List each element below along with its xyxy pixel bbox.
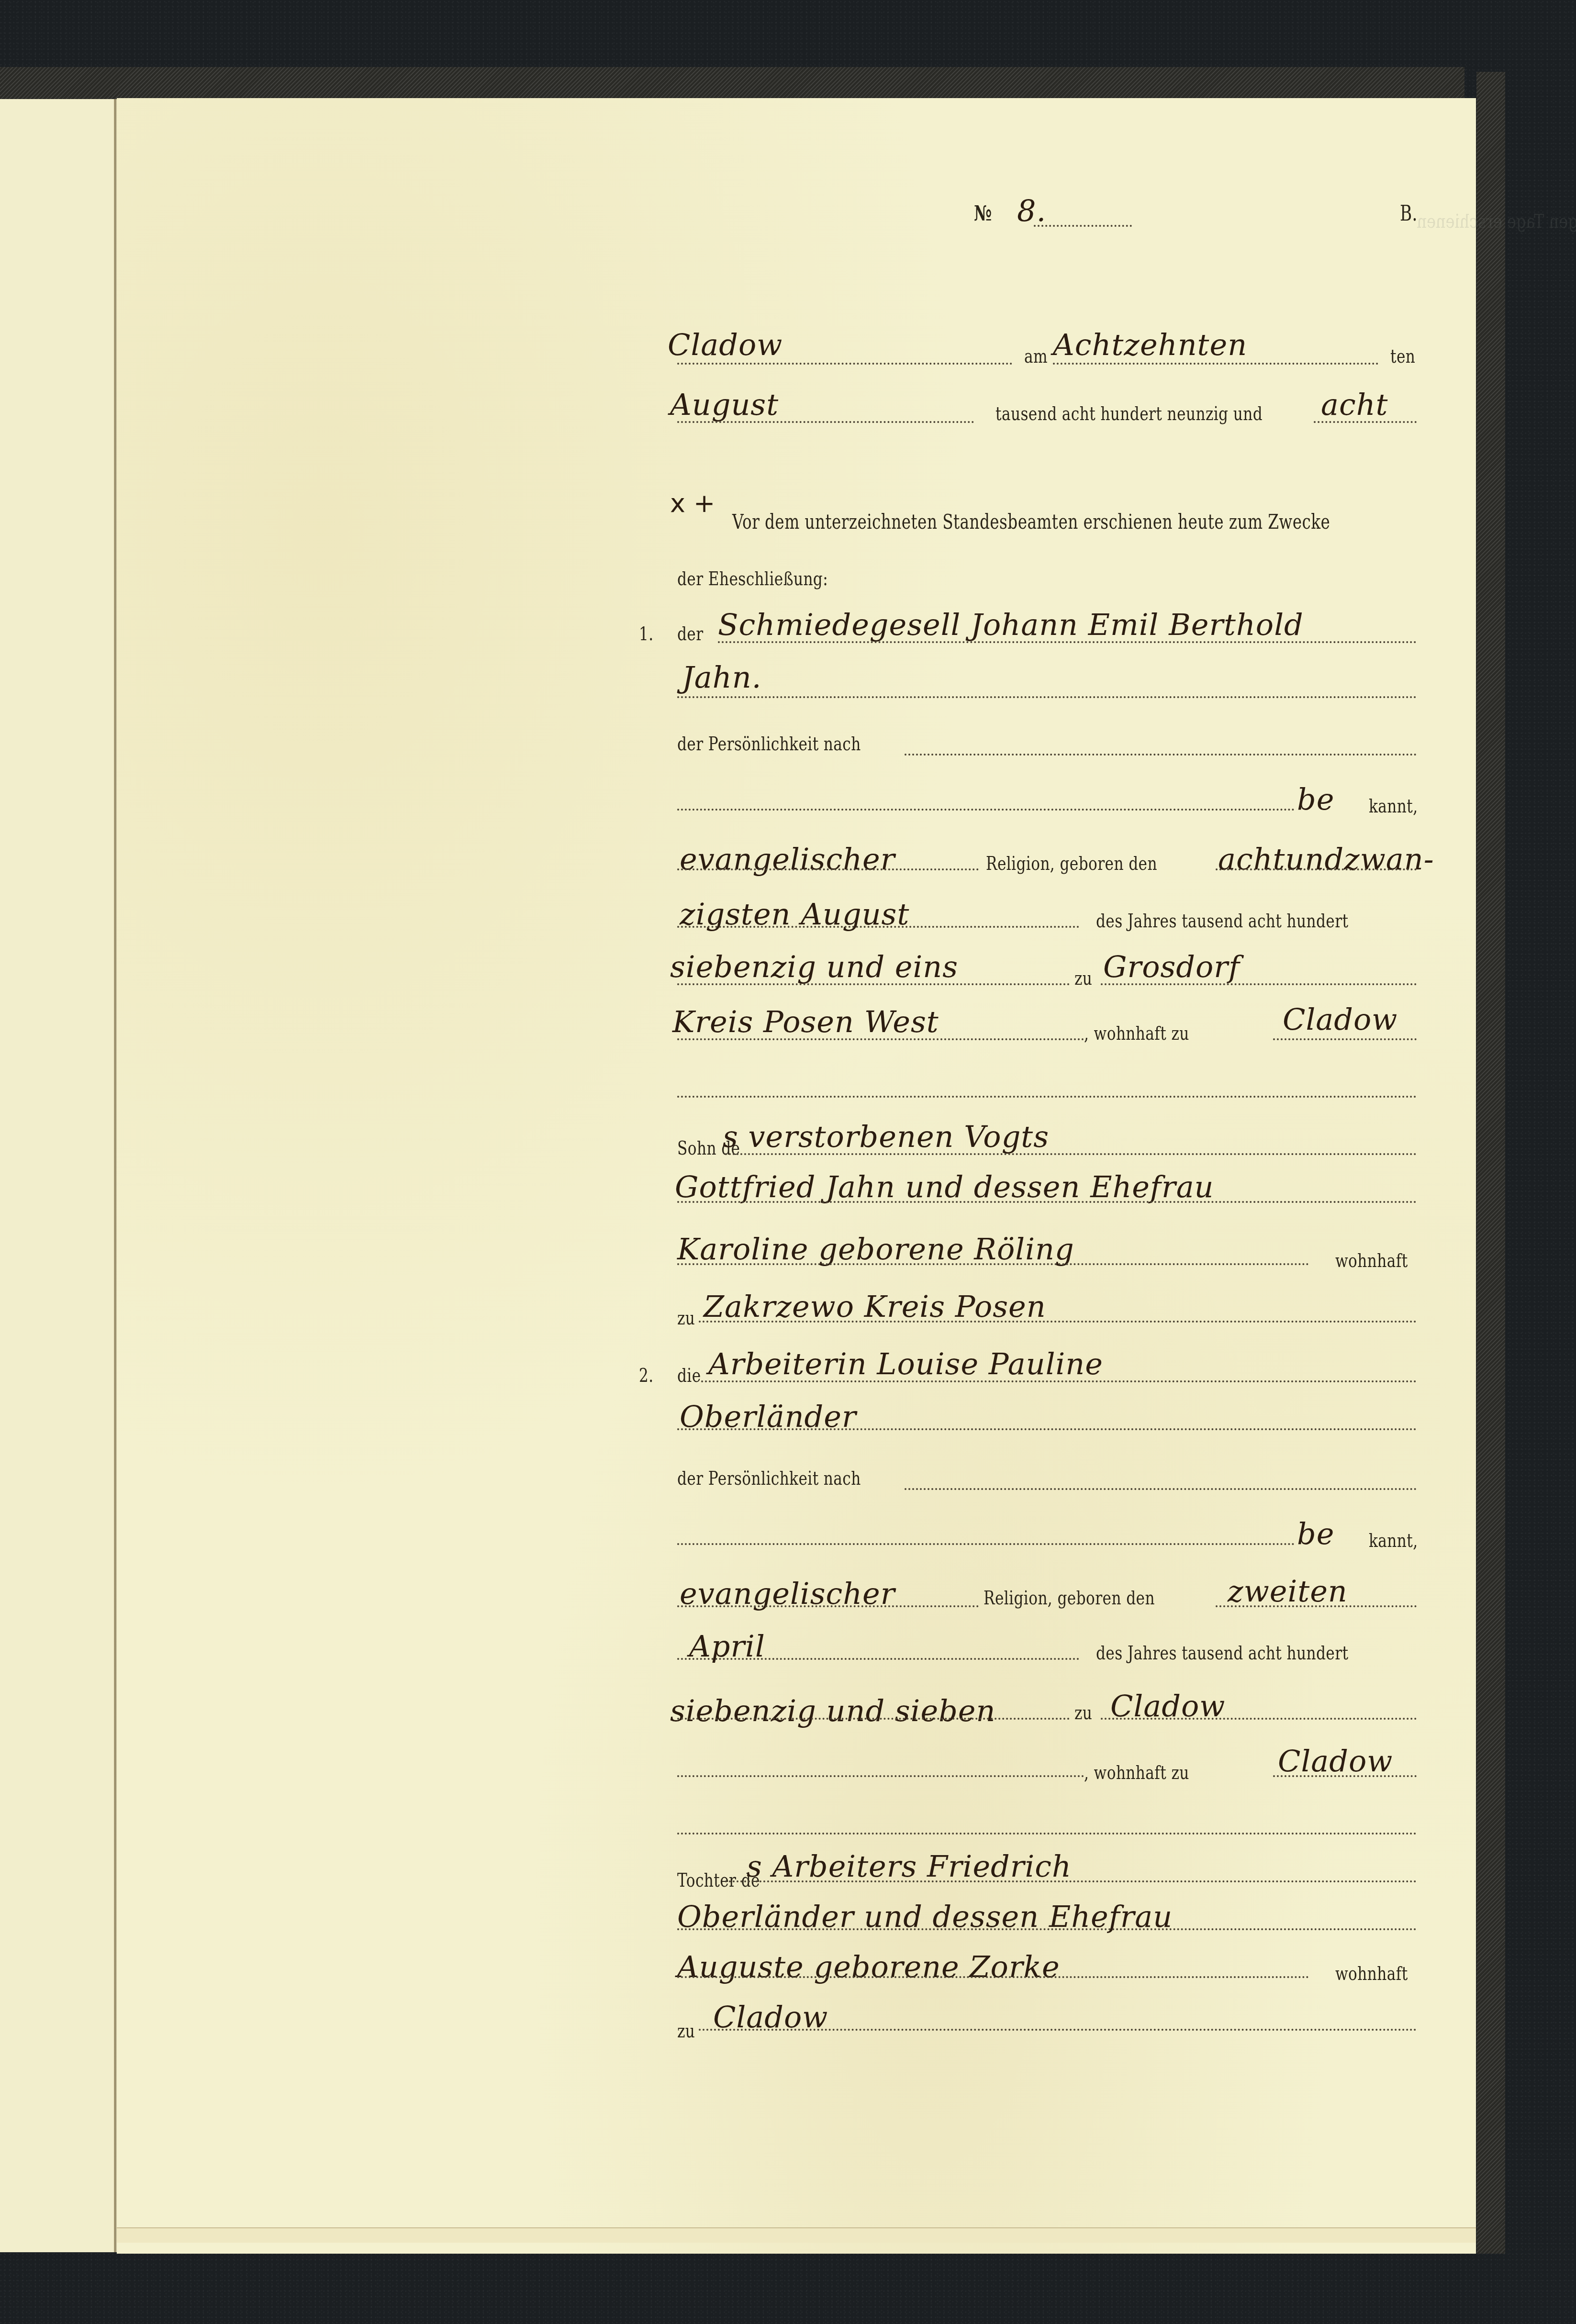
dotted-line [677, 363, 1012, 365]
dotted-line [725, 1153, 1417, 1155]
dotted-line [699, 2029, 1417, 2031]
party2-zu-label: zu [1074, 1703, 1092, 1723]
dotted-line [905, 1488, 1417, 1490]
dotted-line [677, 1605, 979, 1607]
party2-residence-hand: Cladow [1278, 1746, 1393, 1776]
party1-number: 1. [639, 624, 654, 644]
party2-parents-zu-label: zu [677, 2022, 695, 2041]
dotted-line [1273, 1775, 1417, 1777]
intro-line-2: der Eheschließung: [677, 569, 828, 589]
dotted-line [1101, 983, 1417, 985]
party2-parents-resident-label: wohnhaft [1335, 1964, 1408, 1983]
dotted-line [1314, 421, 1417, 423]
dotted-line [677, 1833, 1417, 1835]
year-hand: acht [1321, 390, 1388, 420]
cover-edge-top [0, 67, 1464, 100]
cover-edge-right [1476, 72, 1505, 2254]
party1-known-hand: be [1297, 785, 1334, 814]
party2-article: die [677, 1366, 701, 1385]
dotted-line [718, 641, 1417, 643]
page-bottom-edge [117, 2227, 1476, 2243]
dotted-line [677, 983, 1070, 985]
party1-residence-hand: Cladow [1283, 1005, 1397, 1034]
register-number: 8. [1017, 196, 1046, 226]
section-letter: B. [1400, 203, 1418, 224]
ten-label: ten [1390, 347, 1415, 366]
dotted-line [1101, 1718, 1417, 1720]
party1-parents-zu-label: zu [677, 1309, 695, 1328]
dotted-line [905, 754, 1417, 756]
party1-birth-year-hand: siebenzig und eins [670, 952, 958, 982]
dotted-line [677, 1201, 1417, 1203]
dotted-line [677, 1976, 1309, 1978]
am-label: am [1024, 347, 1048, 366]
dotted-line [1053, 363, 1378, 365]
party1-surname: Jahn. [682, 663, 761, 692]
dotted-line [725, 1880, 1417, 1882]
dotted-line [677, 1096, 1417, 1098]
dotted-line [677, 1263, 1309, 1265]
party2-religion-label: Religion, geboren den [984, 1589, 1155, 1608]
dotted-line [677, 421, 974, 423]
dotted-line [677, 1658, 1079, 1660]
party1-parents-line-1: s verstorbenen Vogts [723, 1122, 1049, 1152]
party2-known-hand: be [1297, 1519, 1334, 1549]
party1-parents-line-2: Gottfried Jahn und dessen Ehefrau [675, 1172, 1214, 1202]
dotted-line [677, 1038, 1084, 1040]
party1-occupation-name: Schmiedegesell Johann Emil Berthold [718, 610, 1304, 640]
dotted-line [1216, 1605, 1417, 1607]
party2-year-label: des Jahres tausend acht hundert [1096, 1644, 1348, 1663]
party1-birth-day-b: zigsten August [680, 900, 909, 929]
party2-identity-label: der Persönlichkeit nach [677, 1469, 861, 1488]
party1-zu-label: zu [1074, 969, 1092, 988]
dotted-line [677, 1543, 1295, 1545]
party1-resident-label: , wohnhaft zu [1084, 1024, 1189, 1043]
dotted-line [677, 809, 1295, 811]
party2-resident-label: , wohnhaft zu [1084, 1763, 1189, 1782]
place-hand: Cladow [668, 330, 782, 360]
dotted-line [677, 868, 979, 870]
left-page [0, 99, 115, 2252]
party1-article: der [677, 624, 704, 644]
party1-district-hand: Kreis Posen West [672, 1007, 939, 1037]
day-hand: Achtzehnten [1053, 330, 1247, 360]
dotted-line [699, 1321, 1417, 1323]
dotted-line [1216, 868, 1417, 870]
party1-known-printed: kannt, [1369, 797, 1418, 816]
party1-parents-line-3: Karoline geborene Röling [677, 1234, 1074, 1264]
dotted-line [1034, 225, 1132, 227]
dotted-line [677, 926, 1079, 928]
party1-birthplace-hand: Grosdorf [1103, 952, 1240, 982]
party2-number: 2. [639, 1366, 654, 1385]
party1-religion-label: Religion, geboren den [986, 854, 1157, 873]
party2-birthplace-hand: Cladow [1110, 1691, 1225, 1721]
dotted-line [1273, 1038, 1417, 1040]
party2-parents-line-1: s Arbeiters Friedrich [747, 1852, 1072, 1881]
party1-identity-label: der Persönlichkeit nach [677, 734, 861, 754]
margin-mark: x + [670, 488, 715, 518]
dotted-line [677, 1428, 1417, 1430]
register-number-label: № [974, 203, 992, 224]
party2-occupation-name: Arbeiterin Louise Pauline [708, 1349, 1103, 1379]
party2-religion-hand: evangelischer [680, 1579, 895, 1609]
dotted-line [677, 1928, 1417, 1930]
party2-parents-line-2: Oberländer und dessen Ehefrau [677, 1902, 1173, 1932]
year-printed: tausend acht hundert neunzig und [995, 404, 1263, 423]
party2-birth-year-hand: siebenzig und sieben [670, 1696, 995, 1726]
party2-birth-day-hand: zweiten [1228, 1577, 1348, 1606]
party2-parents-residence-hand: Cladow [713, 2002, 828, 2032]
party2-known-printed: kannt, [1369, 1531, 1418, 1550]
party1-year-label: des Jahres tausend acht hundert [1096, 912, 1348, 931]
dotted-line [701, 1380, 1417, 1382]
dotted-line [677, 696, 1417, 698]
dotted-line [677, 1718, 1070, 1720]
party1-parents-resident-label: wohnhaft [1335, 1251, 1408, 1270]
intro-line-1: Vor dem unterzeichneten Standesbeamten e… [732, 512, 1330, 532]
dotted-line [677, 1775, 1084, 1777]
month-hand: August [670, 390, 779, 420]
party1-parents-residence-hand: Zakrzewo Kreis Posen [704, 1292, 1046, 1322]
bleed-through-text: Am heutigen Tage erschienen [1417, 211, 1576, 233]
party2-surname: Oberländer [680, 1402, 857, 1432]
party2-birth-month-hand: April [689, 1632, 765, 1661]
